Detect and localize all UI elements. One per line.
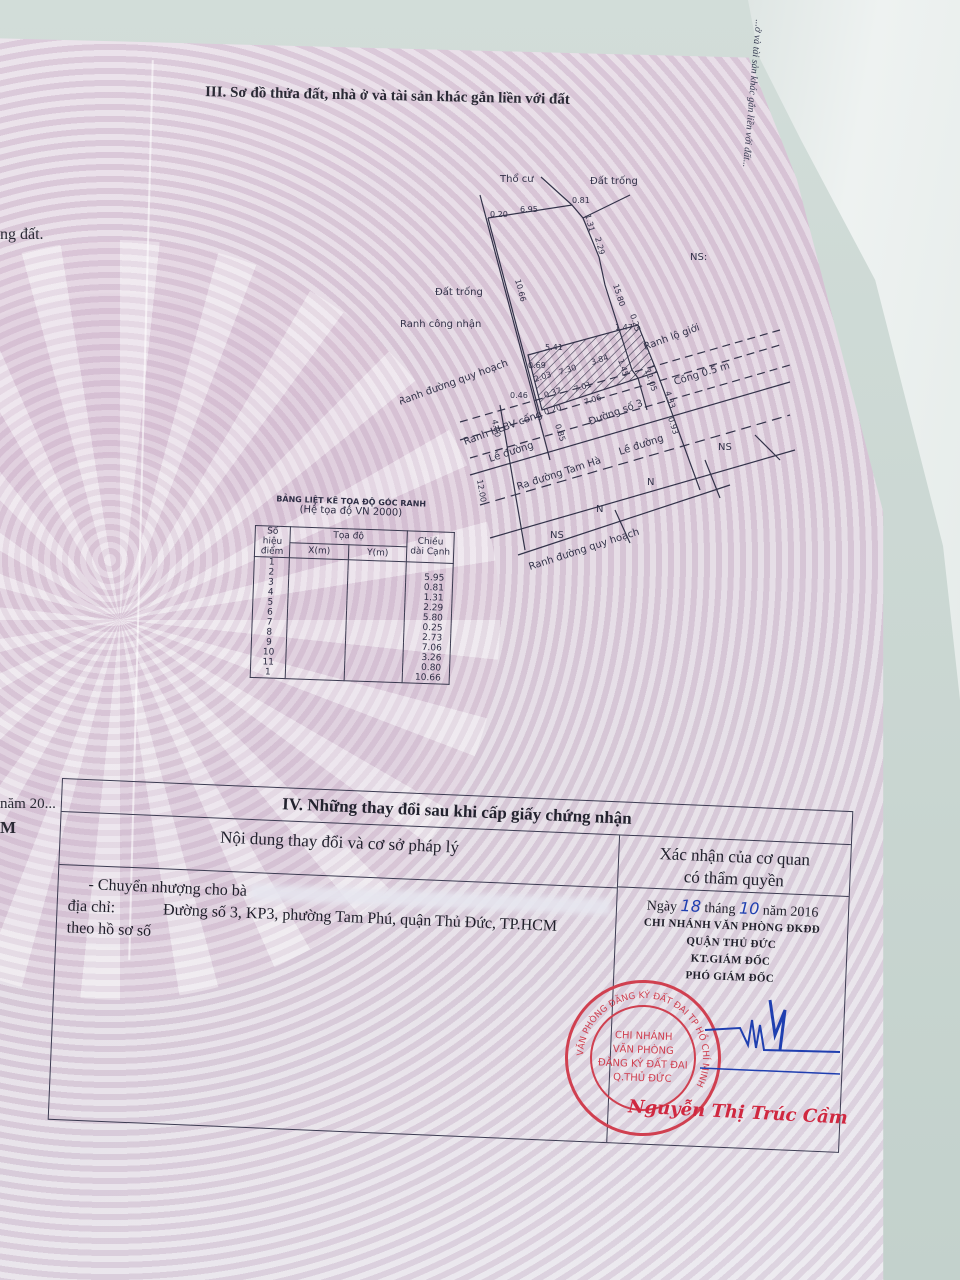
handwritten-month: 10 — [739, 898, 760, 918]
left-fragment-top: ng đất. — [0, 226, 44, 244]
header-length: Chiều dài Cạnh — [406, 531, 454, 564]
coordinate-table: Số hiệu điểm Tọa độ Chiều dài Cạnh X(m) … — [250, 525, 455, 685]
label-ranh-lo-gioi: Ranh lộ giới — [642, 321, 701, 352]
label-le-duong-left: Lề đường — [487, 439, 535, 465]
label-ns-a: NS — [718, 442, 732, 453]
svg-text:0.69: 0.69 — [528, 361, 546, 370]
left-fragment-year: năm 20... — [0, 796, 56, 813]
y-value — [344, 670, 402, 683]
label-ns-b: NS — [550, 530, 564, 541]
svg-text:10.66: 10.66 — [513, 278, 528, 302]
svg-text:1.31: 1.31 — [583, 213, 596, 233]
svg-text:0.93: 0.93 — [666, 416, 680, 436]
svg-text:1.47: 1.47 — [615, 323, 633, 332]
svg-text:0.46: 0.46 — [510, 391, 528, 400]
label-n-b: N — [596, 504, 603, 515]
x-value — [285, 668, 345, 681]
label-ranh-cong-nhan: Ranh công nhận — [400, 318, 481, 330]
header-point: Số hiệu điểm — [254, 526, 290, 558]
plot-diagram: Thổ cư Đất trống NS: Đất trống Ranh công… — [400, 160, 800, 600]
label-n-a: N — [647, 477, 654, 488]
blue-signature — [700, 990, 840, 1080]
label-tho-cu: Thổ cư — [499, 172, 534, 185]
label-ns-right: NS: — [690, 252, 707, 263]
label-cong: Cống 0.5 m — [672, 359, 731, 387]
svg-text:4.33: 4.33 — [663, 390, 677, 410]
label-le-duong-right: Lề đường — [617, 432, 665, 458]
confirmation-header: Xác nhận của cơ quan có thẩm quyền — [618, 835, 851, 897]
svg-text:0.20: 0.20 — [490, 210, 508, 219]
svg-text:0.81: 0.81 — [572, 196, 590, 205]
svg-text:2.29: 2.29 — [593, 236, 606, 256]
changes-column: Nội dung thay đổi và cơ sở pháp lý - Chu… — [49, 812, 620, 1142]
left-fragment-m: M — [0, 818, 16, 838]
point-id: 1 — [250, 667, 285, 679]
svg-text:0.85: 0.85 — [553, 423, 567, 443]
svg-text:6.95: 6.95 — [520, 205, 538, 214]
svg-text:15.80: 15.80 — [611, 283, 627, 308]
label-dat-trong-top: Đất trống — [590, 175, 638, 187]
label-ranh-duong-quy-hoach-top: Ranh đường quy hoạch — [400, 357, 510, 408]
address-label: địa chỉ: — [67, 897, 115, 916]
label-dat-trong-left: Đất trống — [435, 286, 483, 298]
edge-length: 10.66 — [402, 672, 449, 684]
section-4-table: IV. Những thay đổi sau khi cấp giấy chứn… — [48, 778, 854, 1153]
svg-text:5.41: 5.41 — [545, 343, 563, 352]
handwritten-day: 18 — [680, 896, 701, 916]
svg-text:12.00: 12.00 — [475, 479, 488, 503]
